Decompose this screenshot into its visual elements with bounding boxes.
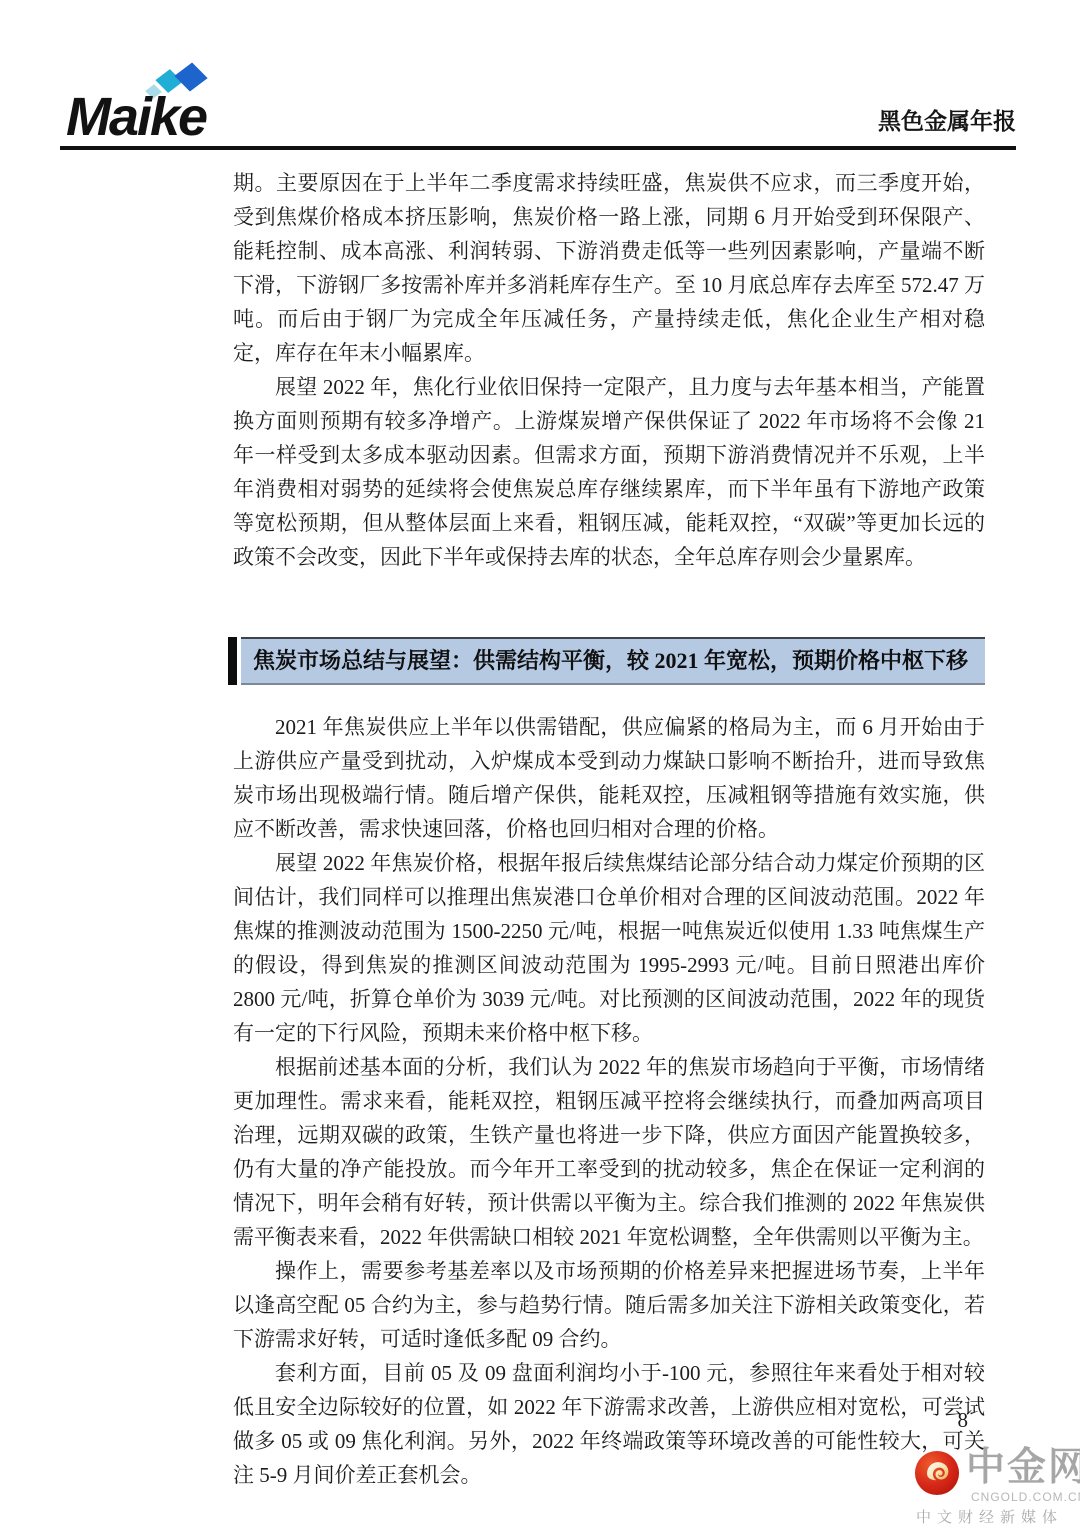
paragraph: 根据前述基本面的分析，我们认为 2022 年的焦炭市场趋向于平衡，市场情绪更加理… (233, 1050, 985, 1254)
cngold-swirl-icon (914, 1450, 960, 1496)
paragraph: 2021 年焦炭供应上半年以供需错配，供应偏紧的格局为主，而 6 月开始由于上游… (233, 710, 985, 846)
report-series-title: 黑色金属年报 (878, 103, 1016, 136)
paragraph: 期。主要原因在于上半年二季度需求持续旺盛，焦炭供不应求，而三季度开始，受到焦煤价… (233, 166, 985, 370)
watermark-name: 中金网 (966, 1448, 1080, 1488)
logo-wordmark: Maike (66, 90, 206, 144)
paragraph: 套利方面，目前 05 及 09 盘面利润均小于-100 元，参照往年来看处于相对… (233, 1356, 985, 1492)
report-page: Maike 黑色金属年报 期。主要原因在于上半年二季度需求持续旺盛，焦炭供不应求… (0, 0, 1080, 1527)
section-header-bar (228, 637, 237, 685)
watermark-domain: CNGOLD.COM.CN (971, 1490, 1080, 1504)
page-number: 8 (958, 1408, 969, 1433)
section-header: 焦炭市场总结与展望：供需结构平衡，较 2021 年宽松，预期价格中枢下移 (228, 637, 985, 685)
header-divider (60, 146, 1016, 150)
maike-logo: Maike (62, 60, 322, 146)
cngold-watermark: 中金网 CNGOLD.COM.CN 中文财经新媒体 (914, 1448, 1070, 1518)
document-body: 期。主要原因在于上半年二季度需求持续旺盛，焦炭供不应求，而三季度开始，受到焦煤价… (233, 166, 985, 1492)
paragraph: 展望 2022 年焦炭价格，根据年报后续焦煤结论部分结合动力煤定价预期的区间估计… (233, 846, 985, 1050)
section-header-title: 焦炭市场总结与展望：供需结构平衡，较 2021 年宽松，预期价格中枢下移 (241, 637, 985, 685)
paragraph: 操作上，需要参考基差率以及市场预期的价格差异来把握进场节奏，上半年以逢高空配 0… (233, 1254, 985, 1356)
paragraph: 展望 2022 年，焦化行业依旧保持一定限产，且力度与去年基本相当，产能置换方面… (233, 370, 985, 574)
watermark-tagline: 中文财经新媒体 (916, 1506, 1063, 1527)
